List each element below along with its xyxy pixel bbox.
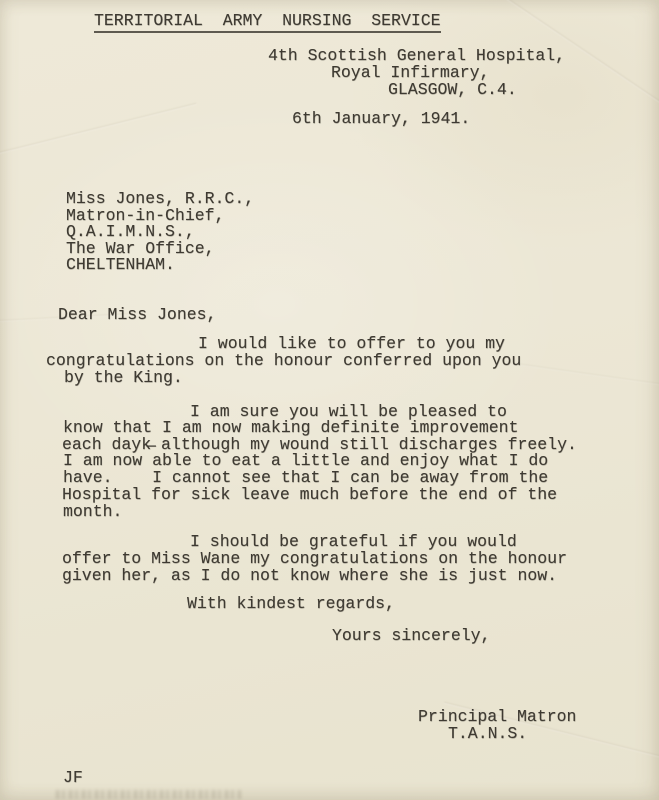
- salutation: Dear Miss Jones,: [58, 306, 216, 323]
- sender-address-line: Royal Infirmary,: [331, 64, 489, 81]
- recipient-address-line: Q.A.I.M.N.S.,: [66, 223, 195, 240]
- sender-address-line: 4th Scottish General Hospital,: [268, 47, 565, 64]
- letter-date: 6th January, 1941.: [292, 110, 470, 127]
- sender-address-line: GLASGOW, C.4.: [388, 81, 517, 98]
- body-paragraph-2-line: I am now able to eat a little and enjoy …: [63, 452, 548, 469]
- body-paragraph-1-line: by the King.: [64, 369, 183, 386]
- letterhead-title: TERRITORIAL ARMY NURSING SERVICE: [94, 12, 441, 33]
- body-paragraph-2-line: Hospital for sick leave much before the …: [62, 486, 557, 503]
- body-paragraph-1-line: congratulations on the honour conferred …: [46, 352, 521, 369]
- body-paragraph-2-line: have. I cannot see that I can be away fr…: [63, 469, 548, 486]
- valediction: Yours sincerely,: [332, 627, 490, 644]
- typist-initials: JF: [63, 769, 83, 786]
- recipient-address-line: CHELTENHAM.: [66, 256, 175, 273]
- closing-regards: With kindest regards,: [187, 595, 395, 612]
- paper-crease: [506, 361, 659, 392]
- letter-document: TERRITORIAL ARMY NURSING SERVICE 4th Sco…: [0, 0, 659, 800]
- body-paragraph-3-line: I should be grateful if you would: [190, 533, 517, 550]
- body-paragraph-3-line: given her, as I do not know where she is…: [62, 567, 557, 584]
- faint-type-ghost-marks: [56, 790, 241, 799]
- recipient-address-line: Miss Jones, R.R.C.,: [66, 190, 254, 207]
- signature-organisation: T.A.N.S.: [448, 725, 527, 742]
- body-paragraph-1-line: I would like to offer to you my: [198, 335, 505, 352]
- signature-title: Principal Matron: [418, 708, 576, 725]
- body-paragraph-2-line: know that I am now making definite impro…: [63, 419, 518, 436]
- paper-crease: [491, 0, 659, 135]
- paper-crease: [0, 102, 197, 161]
- body-paragraph-2-line: month.: [63, 503, 122, 520]
- body-paragraph-3-line: offer to Miss Wane my congratulations on…: [62, 550, 567, 567]
